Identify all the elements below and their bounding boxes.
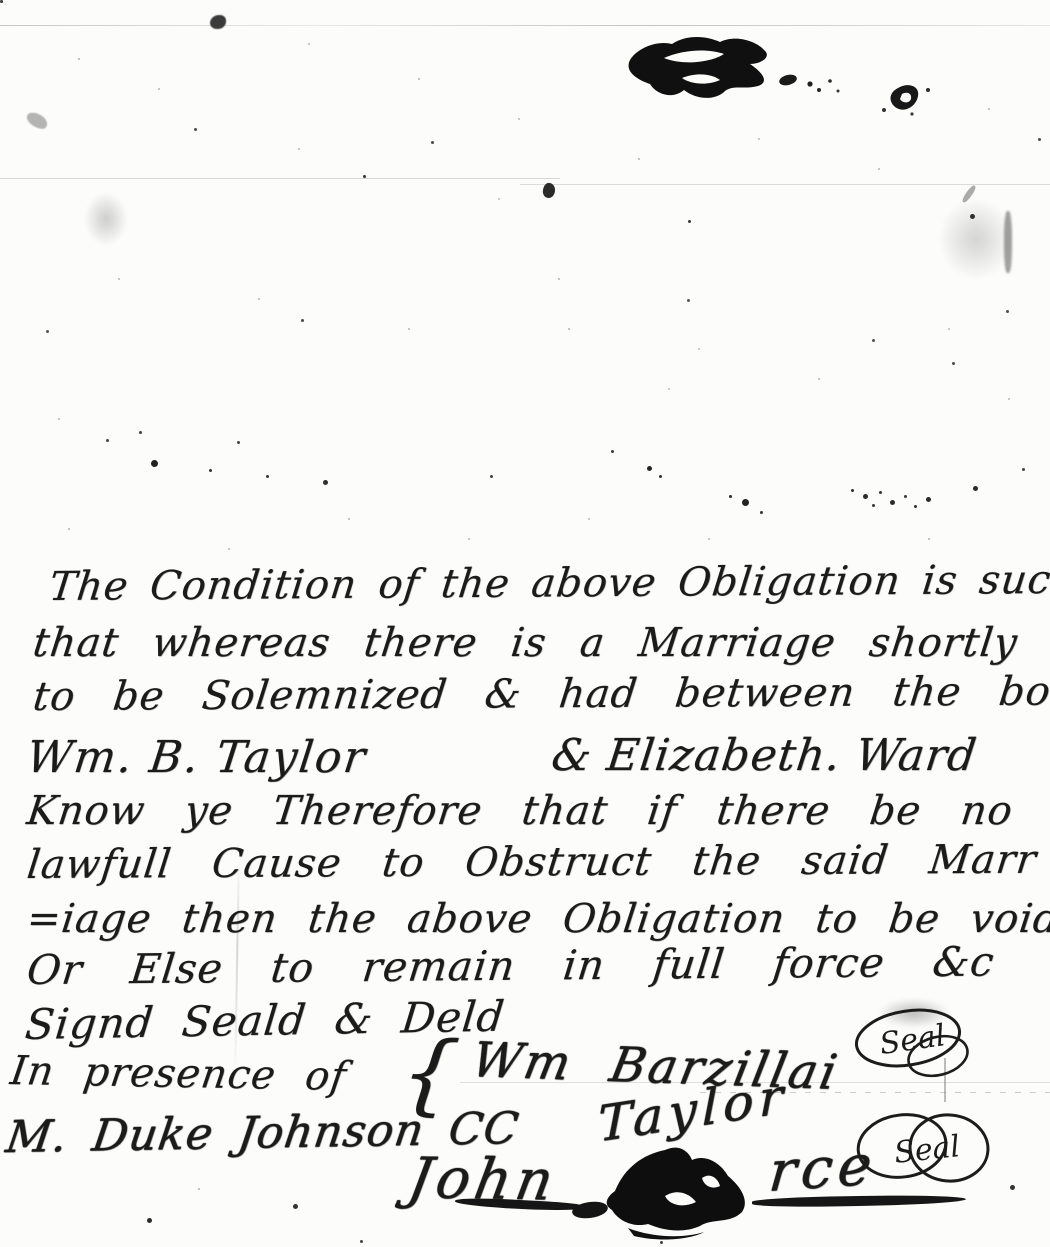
- dust-specks-gray: [0, 0, 2, 2]
- seal-scrawl-1: Seal: [850, 998, 982, 1084]
- body-line-1: The Condition of the above Obligation is…: [47, 557, 1050, 610]
- body-line-2: that whereas there is a Marriage shortly: [30, 620, 1020, 666]
- body-line-3: to be Solemnized & had between the bound: [31, 668, 1050, 720]
- body-line-8: Or Else to remain in full force &c: [25, 938, 998, 994]
- seal-2-text: Seal: [893, 1129, 962, 1171]
- body-line-5: Know ye Therefore that if there be no: [24, 788, 1015, 834]
- presence-line: In presence of: [8, 1048, 350, 1100]
- seal-1-text: Seal: [878, 1018, 948, 1062]
- ink-blot-bottom: [570, 1136, 800, 1244]
- smudge-right-edge: [938, 198, 1014, 280]
- groom-name: Wm. B. Taylor: [24, 732, 370, 783]
- smudge-left: [84, 192, 128, 246]
- bride-name: & Elizabeth. Ward: [549, 730, 980, 781]
- scratch-line-mid-right: [520, 184, 1050, 185]
- seal-scrawl-2: Seal: [846, 1100, 998, 1196]
- gray-blob-left: [24, 110, 49, 131]
- document-page: The Condition of the above Obligation is…: [0, 0, 1050, 1247]
- ink-clump-top-left: [210, 15, 226, 29]
- dark-streak-right-edge: [1004, 211, 1012, 273]
- scratch-line-mid-left: [0, 178, 560, 179]
- ink-blot-top-right: [612, 20, 942, 125]
- body-line-7: =iage then the above Obligation to be vo…: [24, 896, 1050, 942]
- body-line-6: lawfull Cause to Obstruct the said Marr: [25, 837, 1040, 888]
